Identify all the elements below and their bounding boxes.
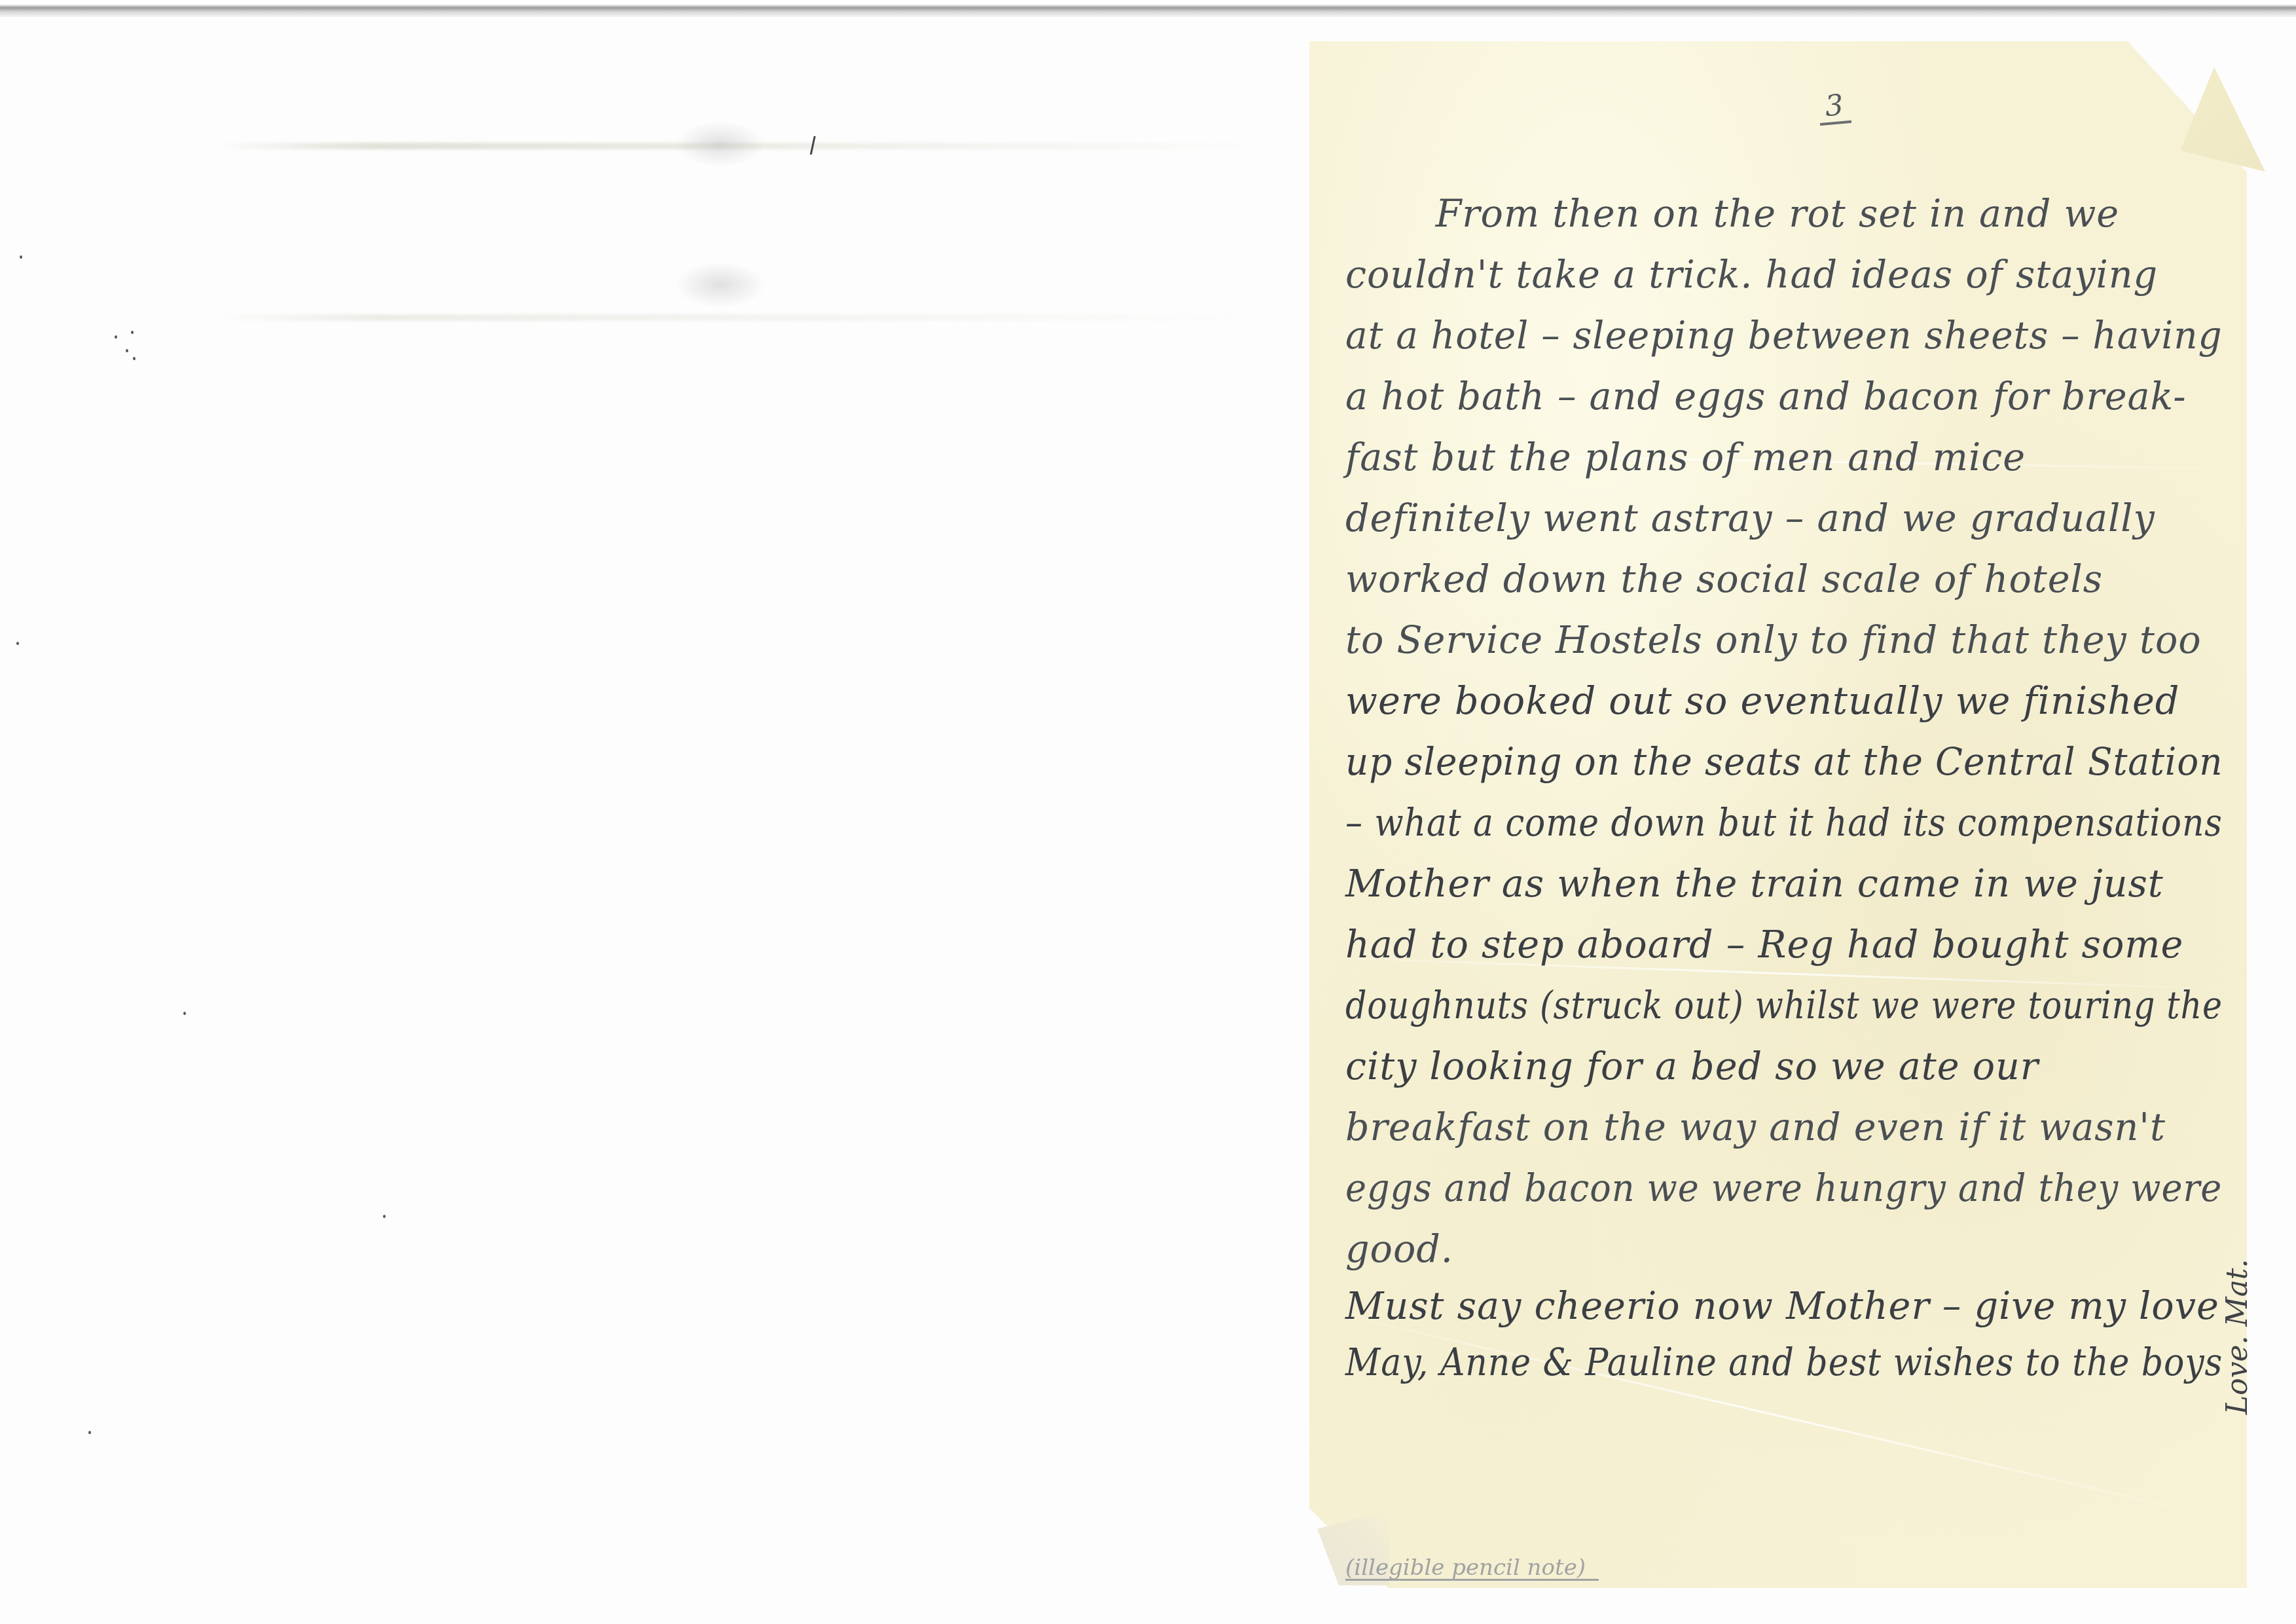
letter-line: definitely went astray – and we graduall…: [1345, 488, 2223, 549]
letter-line: had to step aboard – Reg had bought some: [1345, 914, 2223, 975]
scan-speck: [133, 357, 136, 360]
scanner-lid-shadow: [0, 0, 2296, 17]
scan-artifact-band: [216, 314, 1277, 321]
letter-line: good.: [1345, 1219, 2223, 1280]
letter-line: to Service Hostels only to find that the…: [1345, 610, 2223, 671]
page-number: 3: [1817, 90, 1851, 126]
scan-smudge: [674, 121, 766, 167]
pencil-annotation: (illegible pencil note): [1345, 1557, 1599, 1581]
letter-line: Mother as when the train came in we just: [1345, 853, 2223, 914]
margin-signature: Love. Mat.: [2221, 1259, 2254, 1414]
letter-line: were booked out so eventually we finishe…: [1345, 671, 2223, 731]
letter-line: breakfast on the way and even if it wasn…: [1345, 1097, 2223, 1158]
scan-speck: [115, 335, 117, 339]
letter-line: fast but the plans of men and mice: [1345, 427, 2223, 488]
letter-line: city looking for a bed so we ate our: [1345, 1036, 2223, 1097]
letter-line: May, Anne & Pauline and best wishes to t…: [1345, 1332, 2146, 1393]
letter-line: doughnuts (struck out) whilst we were to…: [1345, 975, 2123, 1036]
letter-line: at a hotel – sleeping between sheets – h…: [1345, 305, 2213, 366]
letter-line: – what a come down but it had its compen…: [1345, 792, 2142, 853]
letter-line: a hot bath – and eggs and bacon for brea…: [1345, 366, 2223, 427]
letter-line: up sleeping on the seats at the Central …: [1345, 731, 2186, 792]
scan-speck: [126, 349, 128, 352]
scan-speck: [383, 1215, 386, 1218]
scan-speck: [131, 331, 134, 334]
scan-speck: [16, 642, 19, 645]
scan-smudge: [674, 262, 766, 308]
letter-line: Must say cheerio now Mother – give my lo…: [1345, 1280, 2223, 1332]
scan-speck: [88, 1431, 91, 1434]
scan-speck: [20, 255, 22, 259]
letter-line: worked down the social scale of hotels: [1345, 549, 2223, 610]
letter-line: eggs and bacon we were hungry and they w…: [1345, 1158, 2176, 1219]
scan-speck: [183, 1012, 186, 1015]
letter-line: From then on the rot set in and we: [1345, 183, 2221, 244]
letter-line: couldn't take a trick. had ideas of stay…: [1345, 244, 2223, 305]
letter-body: From then on the rot set in and we could…: [1345, 183, 2236, 1393]
